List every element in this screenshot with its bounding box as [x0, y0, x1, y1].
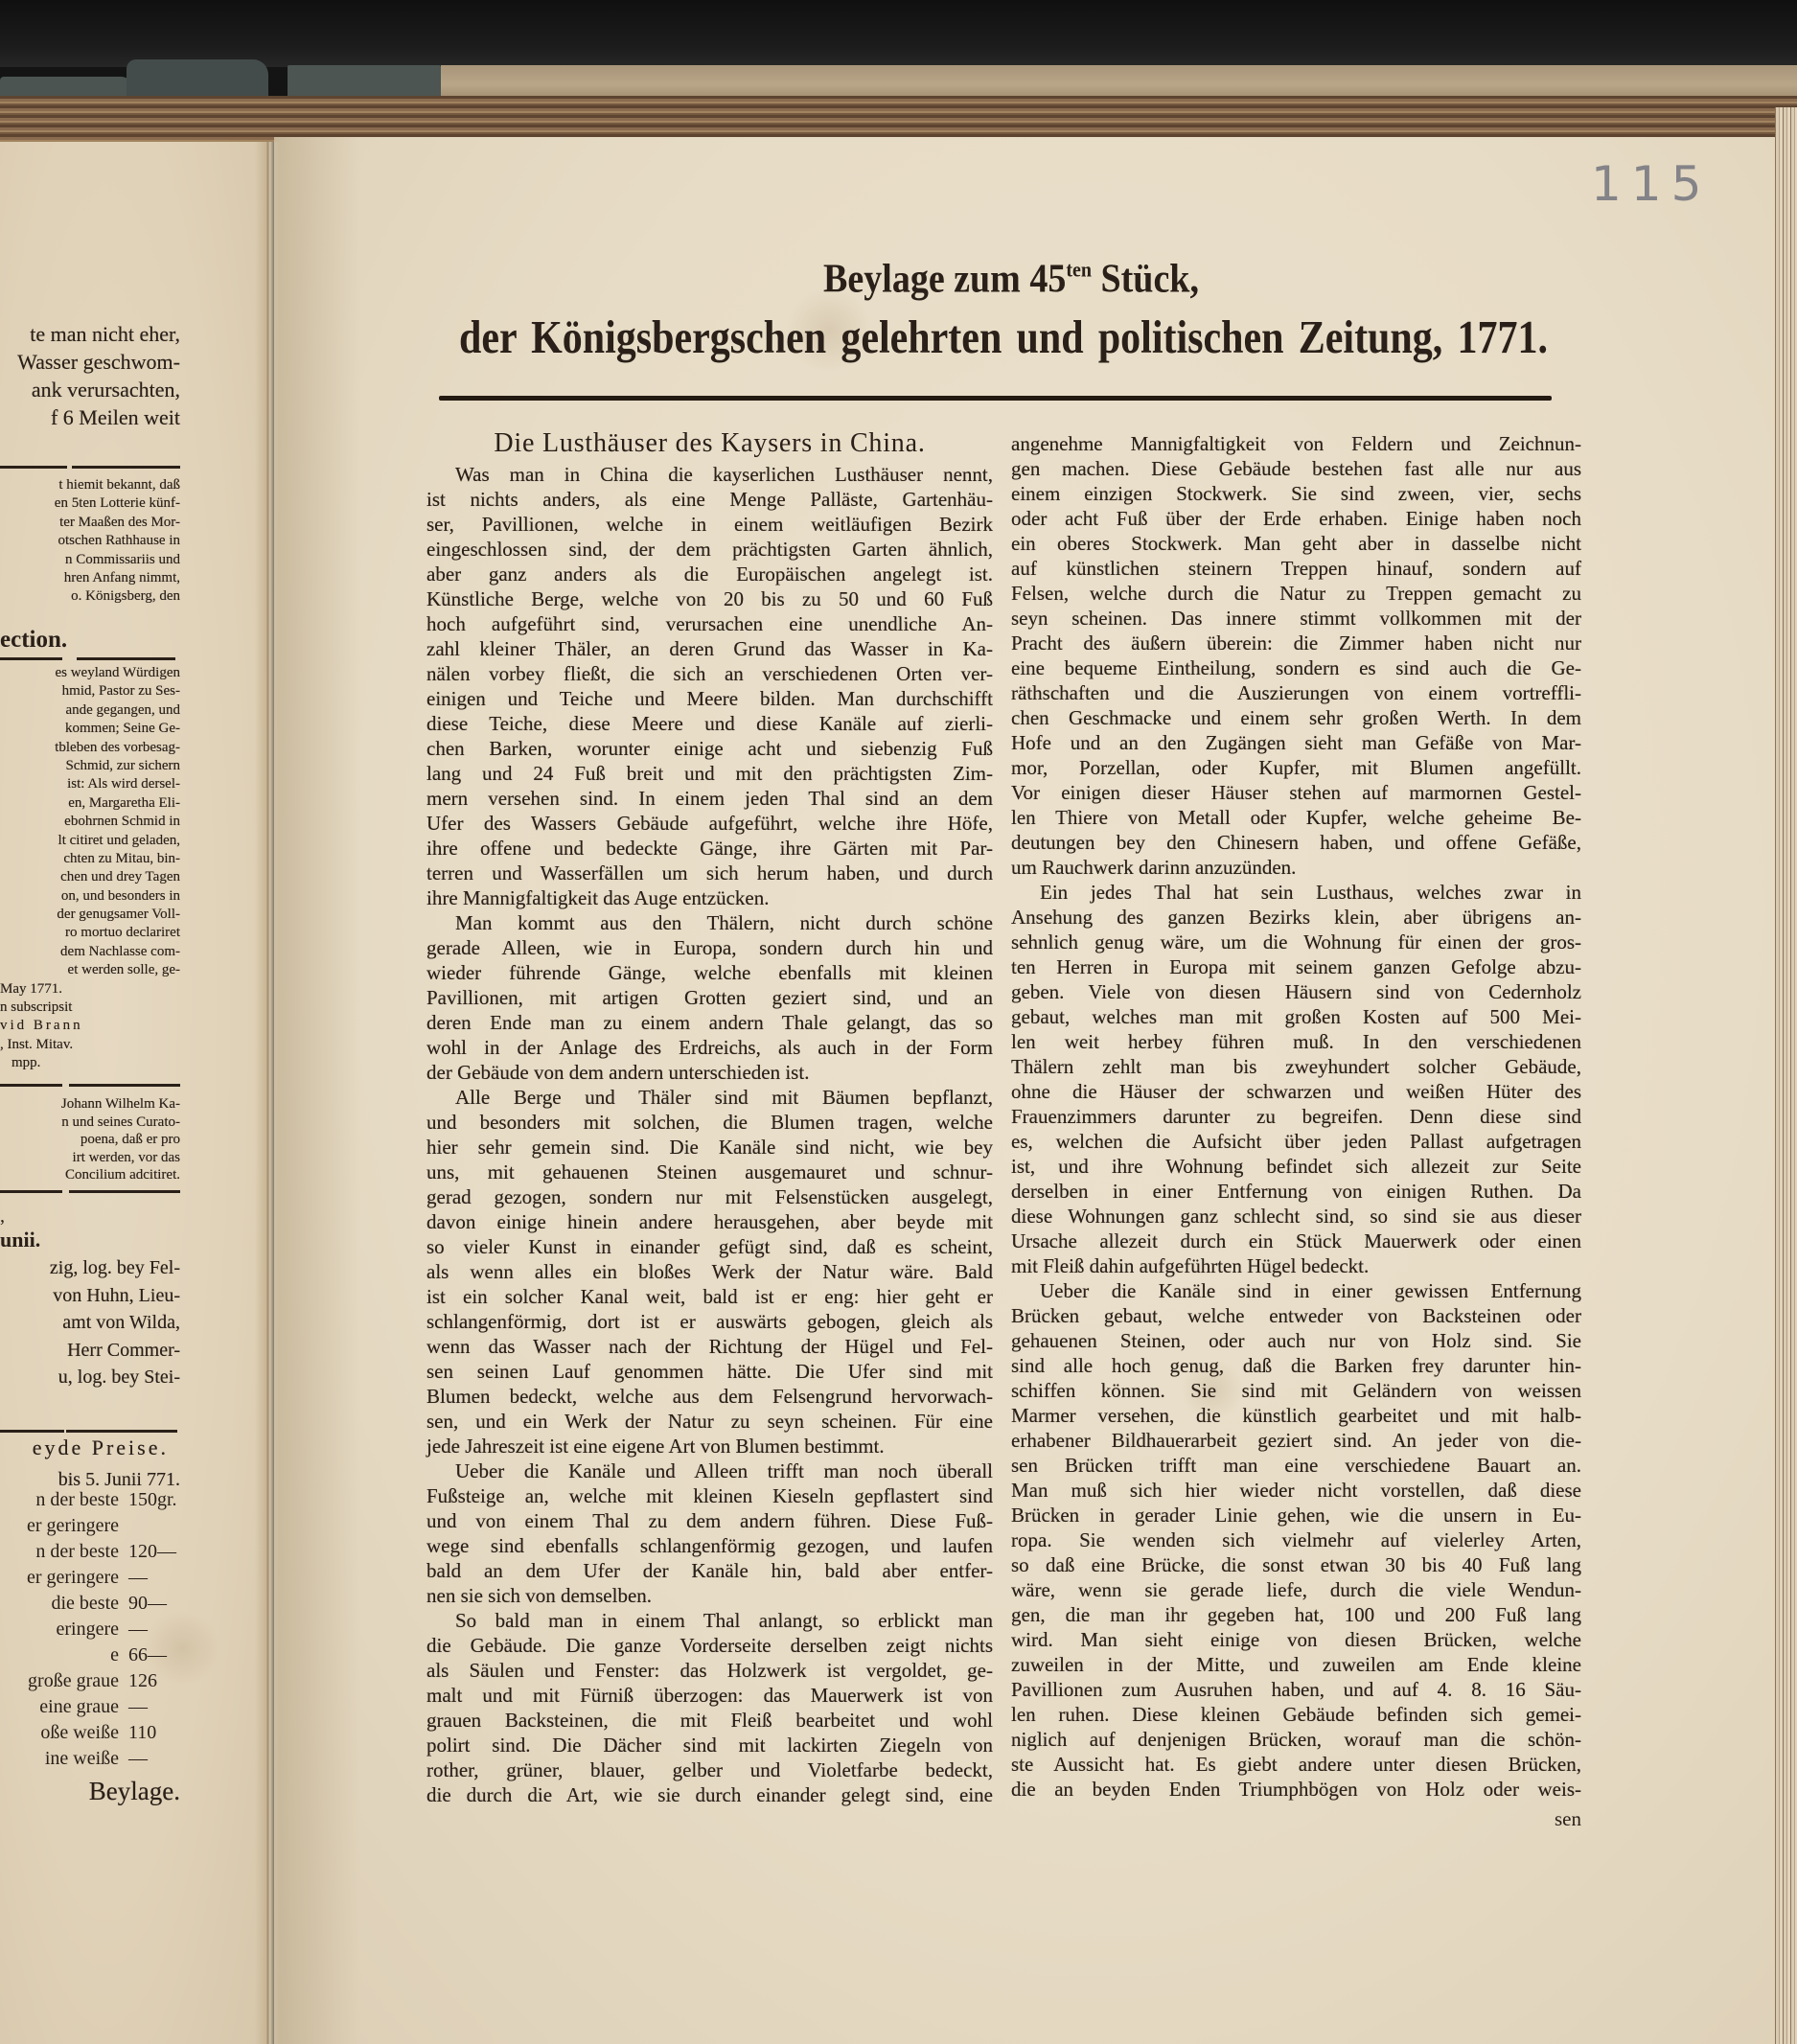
text-line: n und seines Curato-: [0, 1114, 180, 1132]
article-line: Brücken gebaut, welche entweder von Back…: [1011, 1303, 1581, 1328]
text: mpp.: [12, 1054, 40, 1072]
text: n und seines Curato-: [61, 1114, 180, 1132]
article-column-2: angenehme Mannigfaltigkeit von Feldern u…: [1011, 431, 1581, 1802]
article-line: ten Herren in Europa mit seinem ganzen G…: [1011, 954, 1581, 979]
article-line: Ansehung des ganzen Bezirks klein, aber …: [1011, 905, 1581, 930]
article-line: Ueber die Kanäle sind in einer gewissen …: [1011, 1278, 1581, 1303]
article-line: diese Wohnungen ganz schlecht sind, so s…: [1011, 1204, 1581, 1229]
text-line: et werden solle, ge-: [0, 961, 180, 979]
article-line: als Säulen und Fenster: das Holzwerk ist…: [426, 1658, 993, 1683]
section-heading: ection.: [0, 626, 67, 655]
article-line: zuweilen in der Mitte, und zuweilen am E…: [1011, 1652, 1581, 1677]
text: te man nicht eher,: [30, 320, 180, 348]
price-label: die beste: [51, 1591, 119, 1617]
article-line: als wenn alles ein bloßes Werk der Natur…: [426, 1259, 993, 1284]
article-line: Pavillionen zum Ausruhen haben, und auf …: [1011, 1677, 1581, 1702]
text: u, log. bey Stei-: [58, 1364, 180, 1391]
text: otschen Rathhause in: [58, 532, 180, 550]
article-line: wäre, wenn sie gerade liefe, durch die v…: [1011, 1577, 1581, 1602]
section-rule: [0, 466, 67, 469]
article-line: hier sehr gemein sind. Die Kanäle sind n…: [426, 1135, 993, 1160]
binding-tan-strip: [441, 65, 1797, 98]
newspaper-scan: 115 Beylage zum 45ten Stück, der Königsb…: [0, 0, 1797, 2044]
article-line: einem einzigen Stockwerk. Sie sind zween…: [1011, 481, 1581, 506]
binding-spine-strip: [288, 65, 441, 100]
price-value: —: [128, 1565, 182, 1591]
price-value: 120—: [128, 1539, 182, 1565]
text: on, und besonders in: [61, 887, 180, 906]
article-line: Pavillionen, mit artigen Grotten geziert…: [426, 985, 993, 1010]
article-line: So bald man in einem Thal anlangt, so er…: [426, 1608, 993, 1633]
article-line: zahl kleiner Thäler, an deren Grund das …: [426, 636, 993, 661]
section-rule: [0, 1430, 64, 1433]
article-line: räthschaften und die Auszierungen von ei…: [1011, 680, 1581, 705]
prices-heading-row: eyde Preise.: [0, 1435, 169, 1460]
article-line: Ursache allezeit durch ein Stück Mauerwe…: [1011, 1229, 1581, 1253]
supplement-heading-suffix: Stück,: [1092, 256, 1199, 301]
section-rule: [69, 1190, 180, 1193]
text: amt von Wilda,: [62, 1309, 180, 1337]
article-line: gehauenen Steinen, oder auch nur von Hol…: [1011, 1328, 1581, 1353]
article-line: davon einige hinein andere herausgehen, …: [426, 1209, 993, 1234]
price-label: er geringere: [27, 1513, 119, 1539]
price-value: [128, 1513, 182, 1539]
text-line: n Commissariis und: [0, 551, 180, 569]
text-line: hmid, Pastor zu Ses-: [0, 682, 180, 700]
text: , Inst. Mitav.: [0, 1036, 73, 1054]
signature-line: n subscripsit: [0, 999, 180, 1017]
text-line: chten zu Mitau, bin-: [0, 850, 180, 868]
article-line: Blumen bedeckt, welche aus dem Felsengru…: [426, 1384, 993, 1409]
citation-notice: es weyland Würdigen hmid, Pastor zu Ses-…: [0, 664, 180, 1073]
text: lt citiret und geladen,: [58, 832, 180, 850]
text-line: ebohrnen Schmid in: [0, 813, 180, 831]
lottery-notice: t hiemit bekannt, daß en 5ten Lotterie k…: [0, 476, 180, 607]
article-line: die Gebäude. Die ganze Vorderseite derse…: [426, 1633, 993, 1658]
price-label: große graue: [28, 1668, 119, 1694]
text-line: ro mortuo declariret: [0, 924, 180, 942]
supplement-heading-text: Beylage zum 45: [823, 256, 1066, 301]
text-line: Wasser geschwom-: [0, 348, 180, 376]
price-value: —: [128, 1617, 182, 1642]
section-rule: [0, 1190, 62, 1193]
article-line: gebaut, welches man mit großen Kosten au…: [1011, 1004, 1581, 1029]
price-label: oße weiße: [40, 1720, 119, 1746]
article-line: eingeschlossen sind, der dem prächtigste…: [426, 537, 993, 562]
article-line: grauen Backsteinen, die mit Fleiß bearbe…: [426, 1708, 993, 1733]
article-line: polirt sind. Die Dächer sind mit lackirt…: [426, 1733, 993, 1757]
catchword-left-page: Beylage.: [0, 1776, 180, 1806]
text: chten zu Mitau, bin-: [63, 850, 180, 868]
section-rule: [0, 1084, 62, 1087]
text: hmid, Pastor zu Ses-: [62, 682, 180, 700]
arrivals-heading: unii.: [0, 1227, 40, 1253]
text: ro mortuo declariret: [65, 924, 180, 942]
price-value: 66—: [128, 1642, 182, 1668]
text: ebohrnen Schmid in: [64, 813, 180, 831]
text: en, Margaretha Eli-: [68, 794, 180, 813]
text: eyde Preise.: [33, 1435, 169, 1460]
section-rule: [69, 1084, 180, 1087]
article-line: malt und mit Fürniß überzogen: das Mauer…: [426, 1683, 993, 1708]
article-line: bald an dem Ufer der Kanäle hin, bald ab…: [426, 1558, 993, 1583]
signature-name: vid Brann: [0, 1017, 180, 1035]
price-table: n der beste150gr. er geringere n der bes…: [0, 1487, 182, 1772]
price-row: eringere—: [0, 1617, 182, 1642]
price-label: eringere: [56, 1617, 119, 1642]
article-line: Vor einigen dieser Häuser stehen auf mar…: [1011, 780, 1581, 805]
text-line: ter Maaßen des Mor-: [0, 514, 180, 532]
text-line: ande gegangen, und: [0, 701, 180, 720]
price-value: —: [128, 1746, 182, 1772]
article-line: Ein jedes Thal hat sein Lusthaus, welche…: [1011, 880, 1581, 905]
article-line: ihre offene und bedeckte Gänge, ihre Gär…: [426, 836, 993, 861]
gutter-shadow: [274, 137, 360, 2044]
text: n Commissariis und: [65, 551, 180, 569]
text-line: t hiemit bekannt, daß: [0, 476, 180, 494]
text: tbleben des vorbesag-: [55, 739, 180, 757]
price-row: die beste90—: [0, 1591, 182, 1617]
article-line: len Thiere von Metall oder Kupfer, welch…: [1011, 805, 1581, 830]
prices-heading: eyde Preise.: [0, 1435, 169, 1460]
article-line: seyn scheinen. Das innere stimmt vollkom…: [1011, 606, 1581, 631]
article-line: ropa. Sie wenden sich vielmehr auf viele…: [1011, 1527, 1581, 1552]
price-label: n der beste: [35, 1487, 119, 1513]
text-line: o. Königsberg, den: [0, 587, 180, 606]
text: ande gegangen, und: [65, 701, 180, 720]
text-line: Herr Commer-: [0, 1337, 180, 1365]
text-line: en, Margaretha Eli-: [0, 794, 180, 813]
text-line: es weyland Würdigen: [0, 664, 180, 682]
text-line: Concilium adcitiret.: [0, 1166, 180, 1184]
article-line: angenehme Mannigfaltigkeit von Feldern u…: [1011, 431, 1581, 456]
article-title: Die Lusthäuser des Kaysers in China.: [426, 428, 993, 459]
price-value: —: [128, 1694, 182, 1720]
arrivals-list: zig, log. bey Fel- von Huhn, Lieu- amt v…: [0, 1254, 180, 1391]
text: et werden solle, ge-: [68, 961, 180, 979]
text: Beylage.: [89, 1776, 180, 1806]
article-line: Frauenzimmers darunter zu begreifen. Den…: [1011, 1104, 1581, 1129]
text: Johann Wilhelm Ka-: [61, 1095, 180, 1114]
article-line: uns, mit gehauenen Steinen ausgemauret u…: [426, 1160, 993, 1184]
price-row: n der beste150gr.: [0, 1487, 182, 1513]
article-line: ist ein solcher Kanal weit, bald ist er …: [426, 1284, 993, 1309]
article-line: sen Brücken trifft man eine verschiedene…: [1011, 1453, 1581, 1478]
price-row: e66—: [0, 1642, 182, 1668]
article-line: erhabener Bildhauerarbeit geziert sind. …: [1011, 1428, 1581, 1453]
text: n subscripsit: [0, 999, 72, 1017]
article-line: ihre Mannigfaltigkeit das Auge entzücken…: [426, 885, 993, 910]
text-line: von Huhn, Lieu-: [0, 1282, 180, 1310]
left-page-catchword-row: Beylage.: [0, 1776, 180, 1806]
article-line: ser, Pavillionen, welche in einem weitlä…: [426, 512, 993, 537]
text: o. Königsberg, den: [71, 587, 180, 606]
article-line: wohl in der Anlage des Erdreichs, als au…: [426, 1035, 993, 1060]
article-line: die an beyden Enden Triumphbögen von Hol…: [1011, 1777, 1581, 1802]
article-line: gerad gezogen, sondern nur mit Felsenstü…: [426, 1184, 993, 1209]
text-line: der genugsamer Voll-: [0, 906, 180, 924]
article-line: eine bequeme Eintheilung, sondern es sin…: [1011, 655, 1581, 680]
article-line: wieder führende Gänge, welche ebenfalls …: [426, 960, 993, 985]
price-label: er geringere: [27, 1565, 119, 1591]
article-line: gen, die man ihr gegeben hat, 100 und 20…: [1011, 1602, 1581, 1627]
article-line: diese Teiche, diese Meere und diese Kanä…: [426, 711, 993, 736]
article-line: mit Fleiß dahin aufgeführten Hügel bedec…: [1011, 1253, 1581, 1278]
article-line: wege sind ebenfalls schlangenförmig gezo…: [426, 1533, 993, 1558]
price-row: n der beste120—: [0, 1539, 182, 1565]
price-row: große graue126: [0, 1668, 182, 1694]
article-line: ist, und ihre Wohnung befindet sich alle…: [1011, 1154, 1581, 1179]
supplement-heading: Beylage zum 45ten Stück,: [728, 244, 1294, 296]
text: ist: Als wird dersel-: [67, 775, 180, 793]
price-value: 110: [128, 1720, 182, 1746]
text-line: te man nicht eher,: [0, 320, 180, 348]
text: vid Brann: [0, 1017, 83, 1035]
text: Concilium adcitiret.: [65, 1166, 180, 1184]
article-line: gerade Alleen, wie in Europa, sondern du…: [426, 935, 993, 960]
page-edges-right: [1775, 107, 1797, 2044]
text: von Huhn, Lieu-: [53, 1282, 180, 1310]
article-line: Pracht des äußern überein: die Zimmer ha…: [1011, 631, 1581, 655]
pencil-folio-number: 115: [1591, 156, 1711, 212]
article-line: len ruhen. Diese kleinen Gebäude befinde…: [1011, 1702, 1581, 1727]
article-line: Was man in China die kayserlichen Lusthä…: [426, 462, 993, 487]
arrivals-comma: ,: [0, 1204, 5, 1229]
article-line: aber ganz anders als die Europäischen an…: [426, 562, 993, 586]
text: Schmid, zur sichern: [65, 757, 180, 775]
article-line: und besonders mit solchen, die Blumen tr…: [426, 1110, 993, 1135]
text: Herr Commer-: [67, 1337, 180, 1365]
article-line: Hofe und an den Zugängen sieht man Gefäß…: [1011, 730, 1581, 755]
price-label: n der beste: [35, 1539, 119, 1565]
article-line: auf künstlichen steinern Treppen hinauf,…: [1011, 556, 1581, 581]
kas-notice: Johann Wilhelm Ka- n und seines Curato- …: [0, 1095, 180, 1184]
article-line: Fußsteige an, welche mit kleinen Kieseln…: [426, 1483, 993, 1508]
article-line: len weit herbey führen muß. In den versc…: [1011, 1029, 1581, 1054]
text-line: Schmid, zur sichern: [0, 757, 180, 775]
article-line: Man muß sich hier wieder nicht vorstelle…: [1011, 1478, 1581, 1503]
article-line: Ufer des Wassers Gebäude aufgeführt, wel…: [426, 811, 993, 836]
price-row: er geringere: [0, 1513, 182, 1539]
article-line: die durch die Art, wie sie durch einande…: [426, 1782, 993, 1807]
header-rule: [439, 396, 1552, 401]
article-line: derselben in einer Entfernung von einige…: [1011, 1179, 1581, 1204]
price-label: e: [110, 1642, 119, 1668]
signature-line: , Inst. Mitav.: [0, 1036, 180, 1054]
article-line: so vieler Kunst in einander gefügt sind,…: [426, 1234, 993, 1259]
price-value: 126: [128, 1668, 182, 1694]
article-line: ohne die Häuser der schwarzen und weißen…: [1011, 1079, 1581, 1104]
gutter-fold: [255, 142, 280, 2044]
article-line: gen machen. Diese Gebäude bestehen fast …: [1011, 456, 1581, 481]
catchword-right-page: sen: [1342, 1805, 1581, 1832]
article-line: wird. Man sieht einige von diesen Brücke…: [1011, 1627, 1581, 1652]
newspaper-title: der Königsbergschen gelehrten und politi…: [459, 309, 1548, 368]
signature-line: mpp.: [0, 1054, 180, 1072]
text: dem Nachlasse com-: [60, 943, 180, 961]
text: May 1771.: [0, 980, 62, 999]
article-line: schiffen können. Sie sind mit Geländern …: [1011, 1378, 1581, 1403]
dark-background: [0, 0, 1797, 67]
text-line: en 5ten Lotterie künf-: [0, 494, 180, 513]
price-label: ine weiße: [45, 1746, 119, 1772]
article-line: chen Barken, worunter einige acht und si…: [426, 736, 993, 761]
article-line: Man kommt aus den Thälern, nicht durch s…: [426, 910, 993, 935]
article-line: mor, Porzellan, oder Kupfer, mit Blumen …: [1011, 755, 1581, 780]
article-line: mern versehen sind. In einem jeden Thal …: [426, 786, 993, 811]
text-line: chen und drey Tagen: [0, 868, 180, 886]
text-line: amt von Wilda,: [0, 1309, 180, 1337]
ordinal-superscript: ten: [1066, 259, 1092, 283]
price-row: er geringere—: [0, 1565, 182, 1591]
text: der genugsamer Voll-: [57, 906, 180, 924]
article-line: Alle Berge und Thäler sind mit Bäumen be…: [426, 1085, 993, 1110]
section-rule: [77, 657, 175, 660]
article-line: Felsen, welche durch die Natur zu Treppe…: [1011, 581, 1581, 606]
article-line: sind alle hoch genug, daß die Barken fre…: [1011, 1353, 1581, 1378]
text: chen und drey Tagen: [60, 868, 180, 886]
article-line: nälen vorbey fließt, die sich an verschi…: [426, 661, 993, 686]
article-line: und von einem Thal zu dem andern führen.…: [426, 1508, 993, 1533]
text: ank verursachten,: [32, 376, 180, 403]
article-line: niglich auf denjenigen Brücken, worauf m…: [1011, 1727, 1581, 1752]
article-line: deutungen bey den Chinesern haben, und o…: [1011, 830, 1581, 855]
price-row: eine graue—: [0, 1694, 182, 1720]
article-line: oder acht Fuß über der Erde erhaben. Ein…: [1011, 506, 1581, 531]
article-line: der Gebäude von dem andern unterschieden…: [426, 1060, 993, 1085]
article-line: schlangenförmig, dort ist er auswärts ge…: [426, 1309, 993, 1334]
text: irt werden, vor das: [73, 1149, 180, 1167]
text-line: u, log. bey Stei-: [0, 1364, 180, 1391]
text-line: on, und besonders in: [0, 887, 180, 906]
text: t hiemit bekannt, daß: [58, 476, 180, 494]
price-label: eine graue: [39, 1694, 119, 1720]
text-line: ist: Als wird dersel-: [0, 775, 180, 793]
text-line: hren Anfang nimmt,: [0, 569, 180, 587]
text-line: lt citiret und geladen,: [0, 832, 180, 850]
article-line: geben. Viele von diesen Häusern sind von…: [1011, 979, 1581, 1004]
text: ter Maaßen des Mor-: [59, 514, 180, 532]
article-line: ist nichts anders, als eine Menge Palläs…: [426, 487, 993, 512]
text-line: irt werden, vor das: [0, 1149, 180, 1167]
article-line: Ueber die Kanäle und Alleen trifft man n…: [426, 1458, 993, 1483]
article-line: um Rauchwerk darinn anzuzünden.: [1011, 855, 1581, 880]
text-line: Johann Wilhelm Ka-: [0, 1095, 180, 1114]
article-line: sen seinen Lauf genommen hätte. Die Ufer…: [426, 1359, 993, 1384]
text: es weyland Würdigen: [55, 664, 180, 682]
date-line: May 1771.: [0, 980, 180, 999]
article-line: rother, grüner, blauer, gelber und Viole…: [426, 1757, 993, 1782]
text-line: tbleben des vorbesag-: [0, 739, 180, 757]
text-line: ank verursachten,: [0, 376, 180, 403]
text-line: dem Nachlasse com-: [0, 943, 180, 961]
article-line: deren Ende man zu einem andern Thale gel…: [426, 1010, 993, 1035]
article-line: ste Aussicht hat. Es giebt andere unter …: [1011, 1752, 1581, 1777]
text: en 5ten Lotterie künf-: [55, 494, 180, 513]
article-line: sen, und ein Werk der Natur zu seyn sche…: [426, 1409, 993, 1434]
text: kommen; Seine Ge-: [65, 720, 180, 738]
article-line: jede Jahreszeit ist eine eigene Art von …: [426, 1434, 993, 1458]
text: poena, daß er pro: [81, 1131, 180, 1149]
article-line: es, welchen die Aufsicht über jeden Pall…: [1011, 1129, 1581, 1154]
section-rule: [72, 466, 180, 469]
section-rule: [66, 1430, 177, 1433]
section-rule: [0, 657, 62, 660]
article-line: sehnlich genug wäre, um die Wohnung für …: [1011, 930, 1581, 954]
article-line: terren und Wasserfällen um sich herum ha…: [426, 861, 993, 885]
article-line: so daß eine Brücke, die sonst etwan 30 b…: [1011, 1552, 1581, 1577]
article-line: ein oberes Stockwerk. Man geht aber in d…: [1011, 531, 1581, 556]
price-value: 150gr.: [128, 1487, 182, 1513]
price-row: oße weiße110: [0, 1720, 182, 1746]
text-line: f 6 Meilen weit: [0, 403, 180, 431]
article-line: wenn das Wasser nach der Richtung der Hü…: [426, 1334, 993, 1359]
article-line: Marmer versehen, die künstlich gearbeite…: [1011, 1403, 1581, 1428]
article-line: lang und 24 Fuß breit und mit den prächt…: [426, 761, 993, 786]
text-line: kommen; Seine Ge-: [0, 720, 180, 738]
text-line: poena, daß er pro: [0, 1131, 180, 1149]
left-page-article-end: te man nicht eher, Wasser geschwom- ank …: [0, 320, 180, 431]
price-row: ine weiße—: [0, 1746, 182, 1772]
text-line: otschen Rathhause in: [0, 532, 180, 550]
article-line: Thälern zehlt man bis zweyhundert solche…: [1011, 1054, 1581, 1079]
text: hren Anfang nimmt,: [64, 569, 180, 587]
price-value: 90—: [128, 1591, 182, 1617]
text-line: zig, log. bey Fel-: [0, 1254, 180, 1282]
text: f 6 Meilen weit: [51, 403, 180, 431]
article-line: hoch aufgeführt sind, verursachen eine u…: [426, 611, 993, 636]
article-line: einigen und Teiche und Meere bilden. Man…: [426, 686, 993, 711]
article-line: chen Geschmacke und einem sehr großen We…: [1011, 705, 1581, 730]
article-line: Brücken in gerader Linie gehen, wie die …: [1011, 1503, 1581, 1527]
article-column-1: Was man in China die kayserlichen Lusthä…: [426, 462, 993, 1807]
article-line: Künstliche Berge, welche von 20 bis zu 5…: [426, 586, 993, 611]
text: Wasser geschwom-: [17, 348, 180, 376]
page-edges-top: [0, 96, 1797, 142]
article-line: nen sie sich von demselben.: [426, 1583, 993, 1608]
text: zig, log. bey Fel-: [50, 1254, 180, 1282]
